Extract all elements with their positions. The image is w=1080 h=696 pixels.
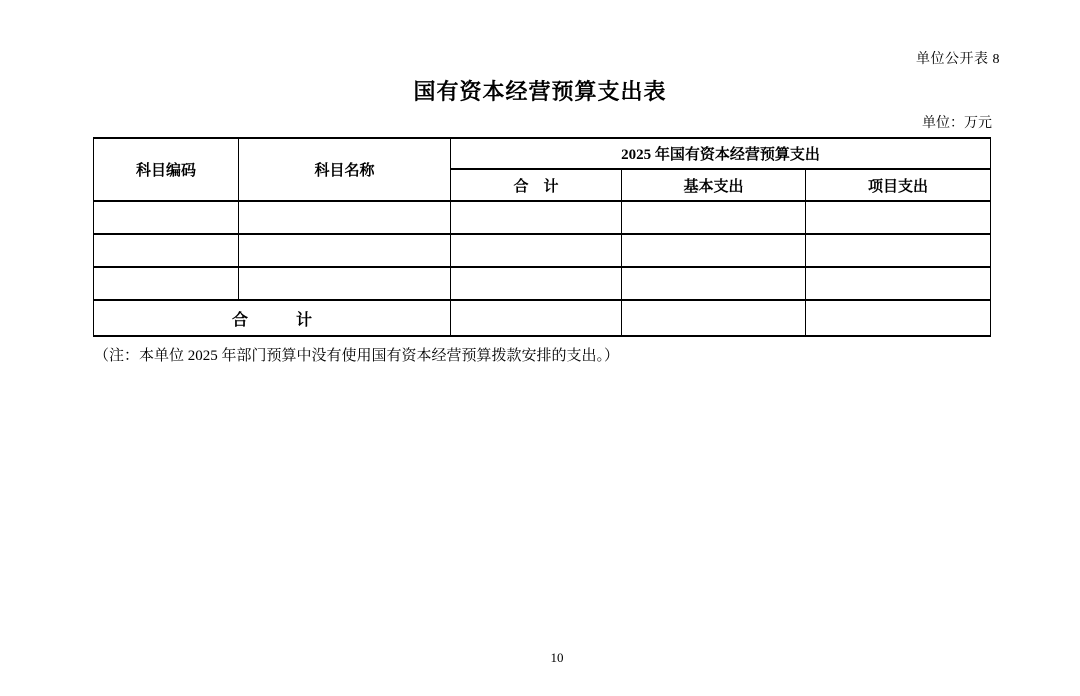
col-header-group-2025-expenditure: 2025 年国有资本经营预算支出: [451, 138, 991, 169]
col-header-project-expenditure: 项目支出: [806, 169, 991, 201]
cell-basic: [622, 201, 806, 234]
cell-subject-name: [239, 234, 451, 267]
page-title: 国有资本经营预算支出表: [0, 75, 1080, 106]
cell-total: [451, 267, 622, 300]
cell-basic: [622, 267, 806, 300]
cell-basic: [622, 234, 806, 267]
col-header-subject-code: 科目编码: [94, 138, 239, 201]
col-header-basic-expenditure: 基本支出: [622, 169, 806, 201]
cell-project: [806, 234, 991, 267]
total-row-label: 合 计: [94, 300, 451, 336]
unit-of-measure-label: 单位：万元: [922, 112, 992, 132]
table-total-row: 合 计: [94, 300, 991, 336]
total-row-basic-cell: [622, 300, 806, 336]
total-row-total-cell: [451, 300, 622, 336]
cell-total: [451, 234, 622, 267]
cell-subject-name: [239, 201, 451, 234]
cell-subject-code: [94, 267, 239, 300]
table-header-row-group: 科目编码 科目名称 2025 年国有资本经营预算支出: [94, 138, 991, 169]
total-row-project-cell: [806, 300, 991, 336]
page-number: 10: [0, 650, 1080, 666]
table-row: [94, 267, 991, 300]
col-header-subject-name: 科目名称: [239, 138, 451, 201]
cell-subject-name: [239, 267, 451, 300]
cell-project: [806, 201, 991, 234]
document-page: 单位公开表 8 国有资本经营预算支出表 单位：万元 科目编码 科目名称 2025…: [0, 0, 1080, 696]
doc-table-number-label: 单位公开表 8: [916, 48, 1000, 68]
cell-project: [806, 267, 991, 300]
cell-total: [451, 201, 622, 234]
table-row: [94, 234, 991, 267]
cell-subject-code: [94, 201, 239, 234]
col-header-total: 合 计: [451, 169, 622, 201]
table-row: [94, 201, 991, 234]
table-footnote: （注：本单位 2025 年部门预算中没有使用国有资本经营预算拨款安排的支出。）: [94, 344, 619, 365]
cell-subject-code: [94, 234, 239, 267]
budget-expenditure-table: 科目编码 科目名称 2025 年国有资本经营预算支出 合 计 基本支出 项目支出: [93, 137, 991, 337]
